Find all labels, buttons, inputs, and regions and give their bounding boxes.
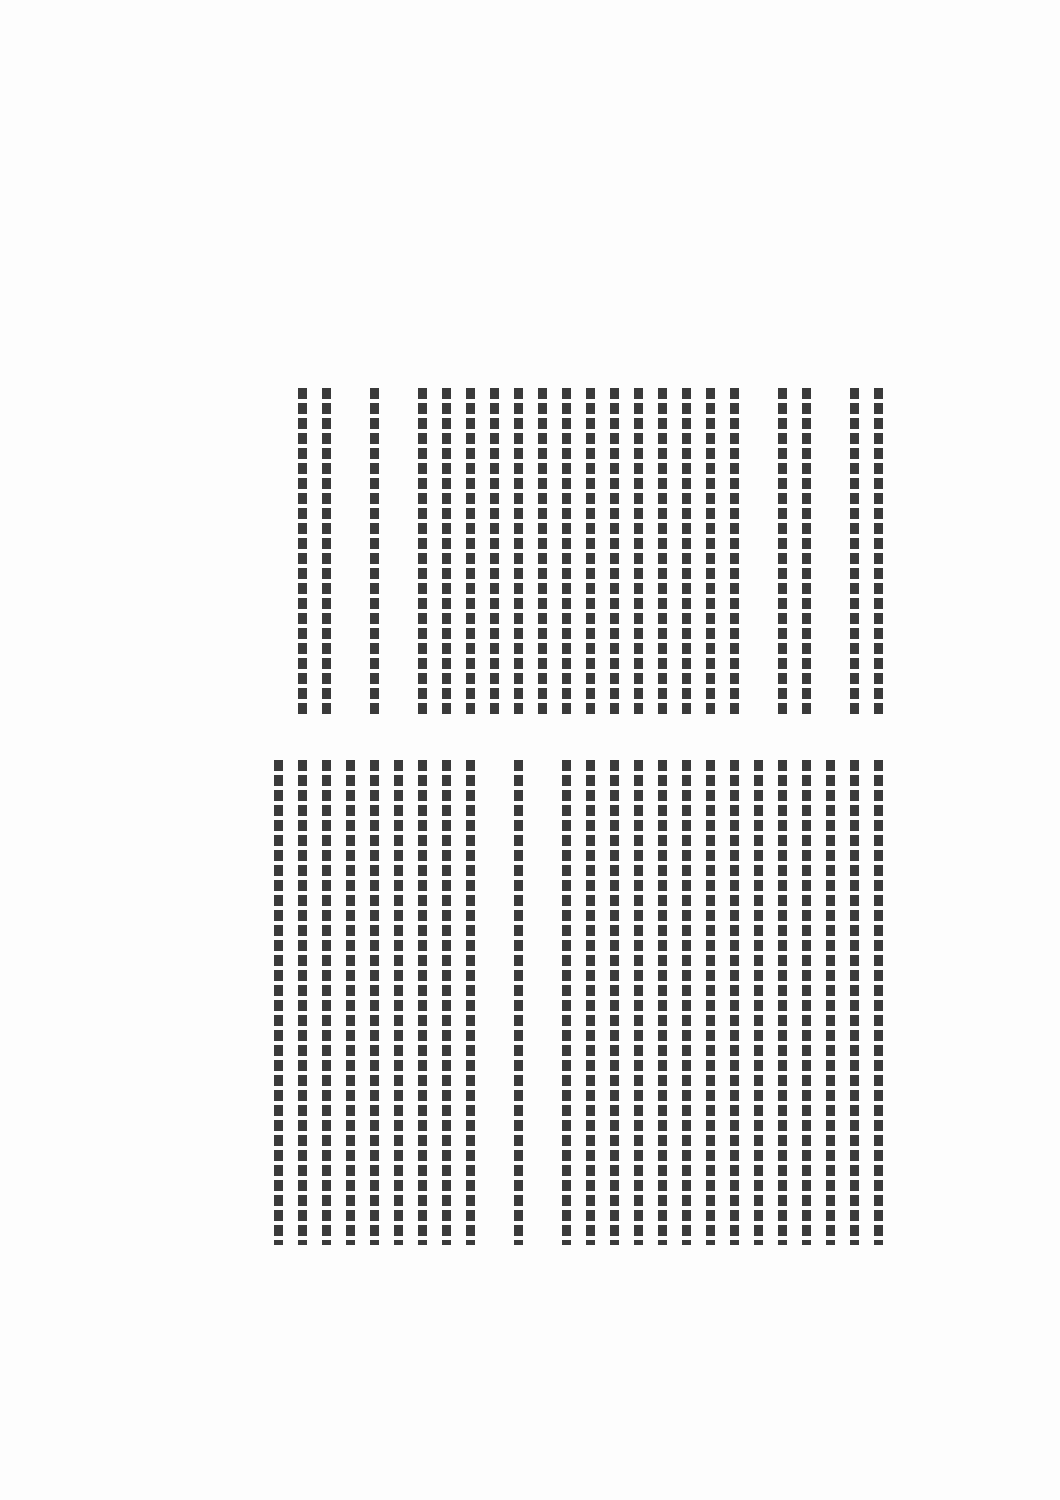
text-line <box>314 760 338 1245</box>
text-line <box>626 388 650 718</box>
text-line <box>794 388 818 718</box>
text-line <box>554 760 578 1245</box>
text-line <box>314 388 338 718</box>
text-line <box>578 388 602 718</box>
text-line <box>530 388 554 718</box>
text-line <box>698 388 722 718</box>
text-line <box>482 388 506 718</box>
text-line <box>626 760 650 1245</box>
text-line <box>434 760 458 1245</box>
text-line <box>290 388 314 718</box>
text-line <box>746 388 770 718</box>
text-line <box>746 760 770 1245</box>
text-line <box>530 760 554 1245</box>
text-line <box>338 388 362 718</box>
text-line <box>770 760 794 1245</box>
text-block-lower <box>150 760 890 1245</box>
text-line <box>458 760 482 1245</box>
text-line <box>674 388 698 718</box>
text-line <box>386 760 410 1245</box>
text-line <box>578 760 602 1245</box>
text-line <box>866 388 890 718</box>
text-line <box>506 388 530 718</box>
text-line <box>866 760 890 1245</box>
text-line <box>674 760 698 1245</box>
text-line <box>362 760 386 1245</box>
text-line <box>410 760 434 1245</box>
text-line <box>386 388 410 718</box>
text-line <box>338 760 362 1245</box>
text-line <box>722 388 746 718</box>
text-line <box>602 388 626 718</box>
text-line <box>698 760 722 1245</box>
text-line <box>722 760 746 1245</box>
text-line <box>554 388 578 718</box>
text-line <box>794 760 818 1245</box>
scanned-page <box>0 0 1060 1500</box>
text-line <box>842 760 866 1245</box>
text-line <box>650 760 674 1245</box>
text-line <box>290 760 314 1245</box>
text-line <box>842 388 866 718</box>
text-block-upper <box>165 388 890 718</box>
text-line <box>458 388 482 718</box>
text-line <box>770 388 794 718</box>
text-line <box>650 388 674 718</box>
text-line <box>818 760 842 1245</box>
text-line <box>602 760 626 1245</box>
text-line <box>362 388 386 718</box>
text-line <box>818 388 842 718</box>
text-line <box>266 760 290 1245</box>
text-line <box>482 760 506 1245</box>
text-line <box>506 760 530 1245</box>
text-line <box>434 388 458 718</box>
text-line <box>410 388 434 718</box>
